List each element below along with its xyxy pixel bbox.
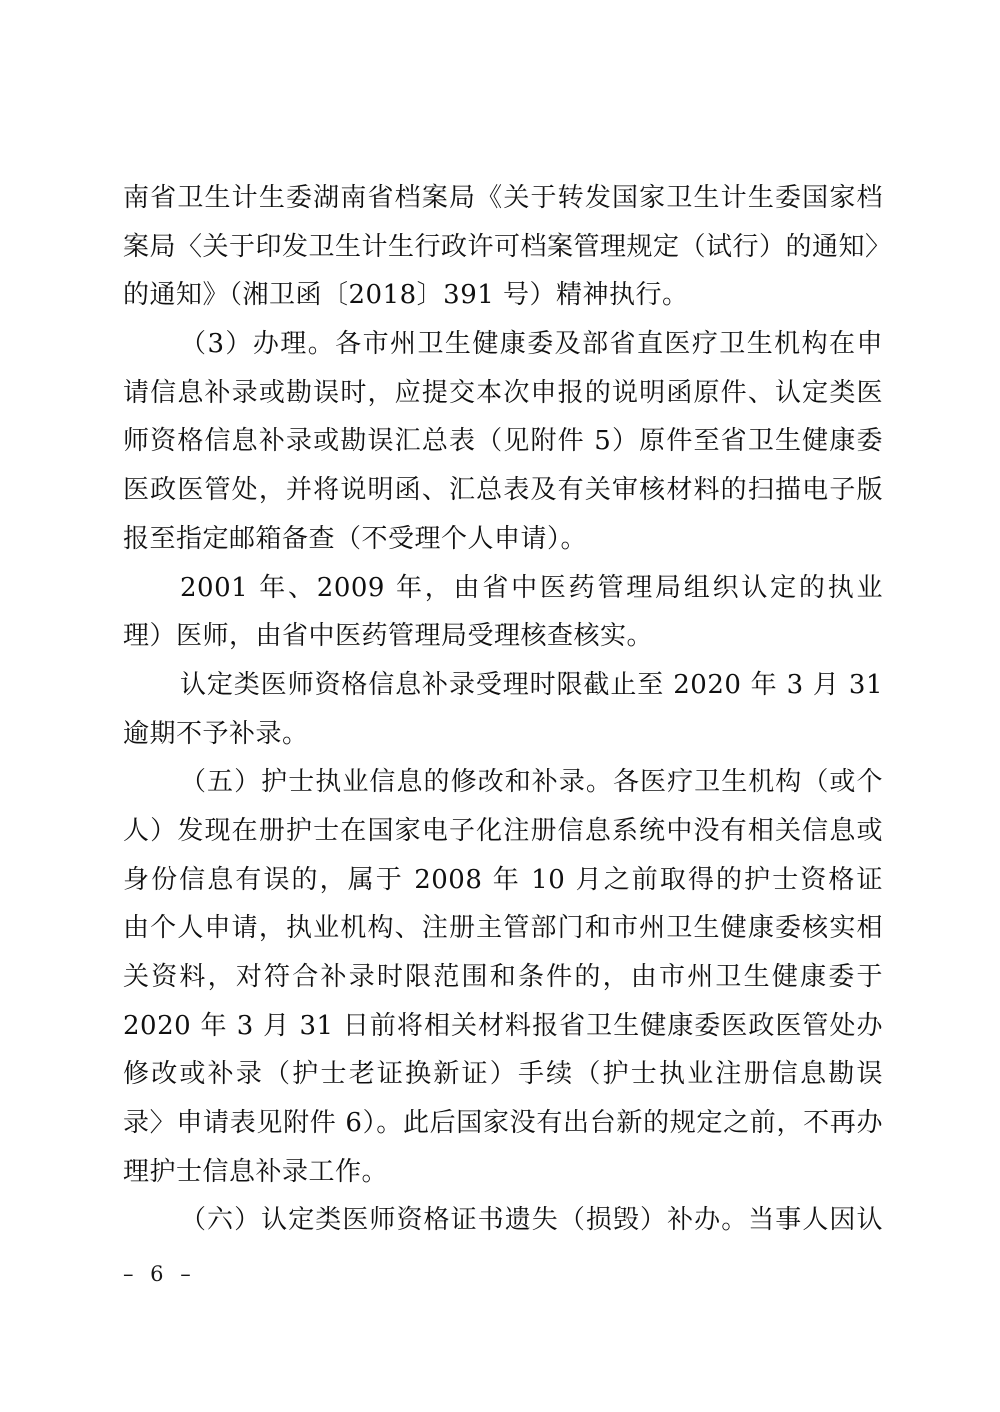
text-line: 理护士信息补录工作。 xyxy=(123,1148,883,1197)
page-number: – 6 – xyxy=(123,1262,196,1286)
text-line: （五）护士执业信息的修改和补录。各医疗卫生机构（或个 xyxy=(123,758,883,807)
text-line: 南省卫生计生委湖南省档案局《关于转发国家卫生计生委国家档 xyxy=(123,174,883,223)
text-line: 理）医师，由省中医药管理局受理核查核实。 xyxy=(123,612,883,661)
text-line: 案局〈关于印发卫生计生行政许可档案管理规定（试行）的通知〉 xyxy=(123,223,883,272)
paragraph: （3）办理。各市州卫生健康委及部省直医疗卫生机构在申 请信息补录或勘误时，应提交… xyxy=(123,320,883,563)
text-line: 修改或补录（护士老证换新证）手续（护士执业注册信息勘误〈补 xyxy=(123,1050,883,1099)
text-line: 认定类医师资格信息补录受理时限截止至 2020 年 3 月 31 日， xyxy=(123,661,883,710)
paragraph: （五）护士执业信息的修改和补录。各医疗卫生机构（或个 人）发现在册护士在国家电子… xyxy=(123,758,883,1196)
text-line: 逾期不予补录。 xyxy=(123,710,883,759)
text-line: 请信息补录或勘误时，应提交本次申报的说明函原件、认定类医 xyxy=(123,369,883,418)
text-line: （六）认定类医师资格证书遗失（损毁）补办。当事人因认定 xyxy=(123,1196,883,1245)
text-line: 的通知》（湘卫函〔2018〕391 号）精神执行。 xyxy=(123,271,883,320)
document-text-body: 南省卫生计生委湖南省档案局《关于转发国家卫生计生委国家档 案局〈关于印发卫生计生… xyxy=(123,174,883,1245)
text-line: 由个人申请，执业机构、注册主管部门和市州卫生健康委核实相 xyxy=(123,904,883,953)
text-line: 2020 年 3 月 31 日前将相关材料报省卫生健康委医政医管处办理 xyxy=(123,1002,883,1051)
text-line: 师资格信息补录或勘误汇总表（见附件 5）原件至省卫生健康委 xyxy=(123,417,883,466)
text-line: 关资料，对符合补录时限范围和条件的，由市州卫生健康委于 xyxy=(123,953,883,1002)
text-line: （3）办理。各市州卫生健康委及部省直医疗卫生机构在申 xyxy=(123,320,883,369)
text-line: 2001 年、2009 年，由省中医药管理局组织认定的执业（助 xyxy=(123,564,883,613)
text-line: 录〉申请表见附件 6）。此后国家没有出台新的规定之前，不再办 xyxy=(123,1099,883,1148)
text-line: 身份信息有误的，属于 2008 年 10 月之前取得的护士资格证的， xyxy=(123,856,883,905)
paragraph: 认定类医师资格信息补录受理时限截止至 2020 年 3 月 31 日， 逾期不予… xyxy=(123,661,883,758)
text-line: 人）发现在册护士在国家电子化注册信息系统中没有相关信息或 xyxy=(123,807,883,856)
text-line: 医政医管处，并将说明函、汇总表及有关审核材料的扫描电子版 xyxy=(123,466,883,515)
document-page: 南省卫生计生委湖南省档案局《关于转发国家卫生计生委国家档 案局〈关于印发卫生计生… xyxy=(0,0,1000,1412)
paragraph: 南省卫生计生委湖南省档案局《关于转发国家卫生计生委国家档 案局〈关于印发卫生计生… xyxy=(123,174,883,320)
paragraph: （六）认定类医师资格证书遗失（损毁）补办。当事人因认定 xyxy=(123,1196,883,1245)
paragraph: 2001 年、2009 年，由省中医药管理局组织认定的执业（助 理）医师，由省中… xyxy=(123,564,883,661)
text-line: 报至指定邮箱备查（不受理个人申请）。 xyxy=(123,515,883,564)
